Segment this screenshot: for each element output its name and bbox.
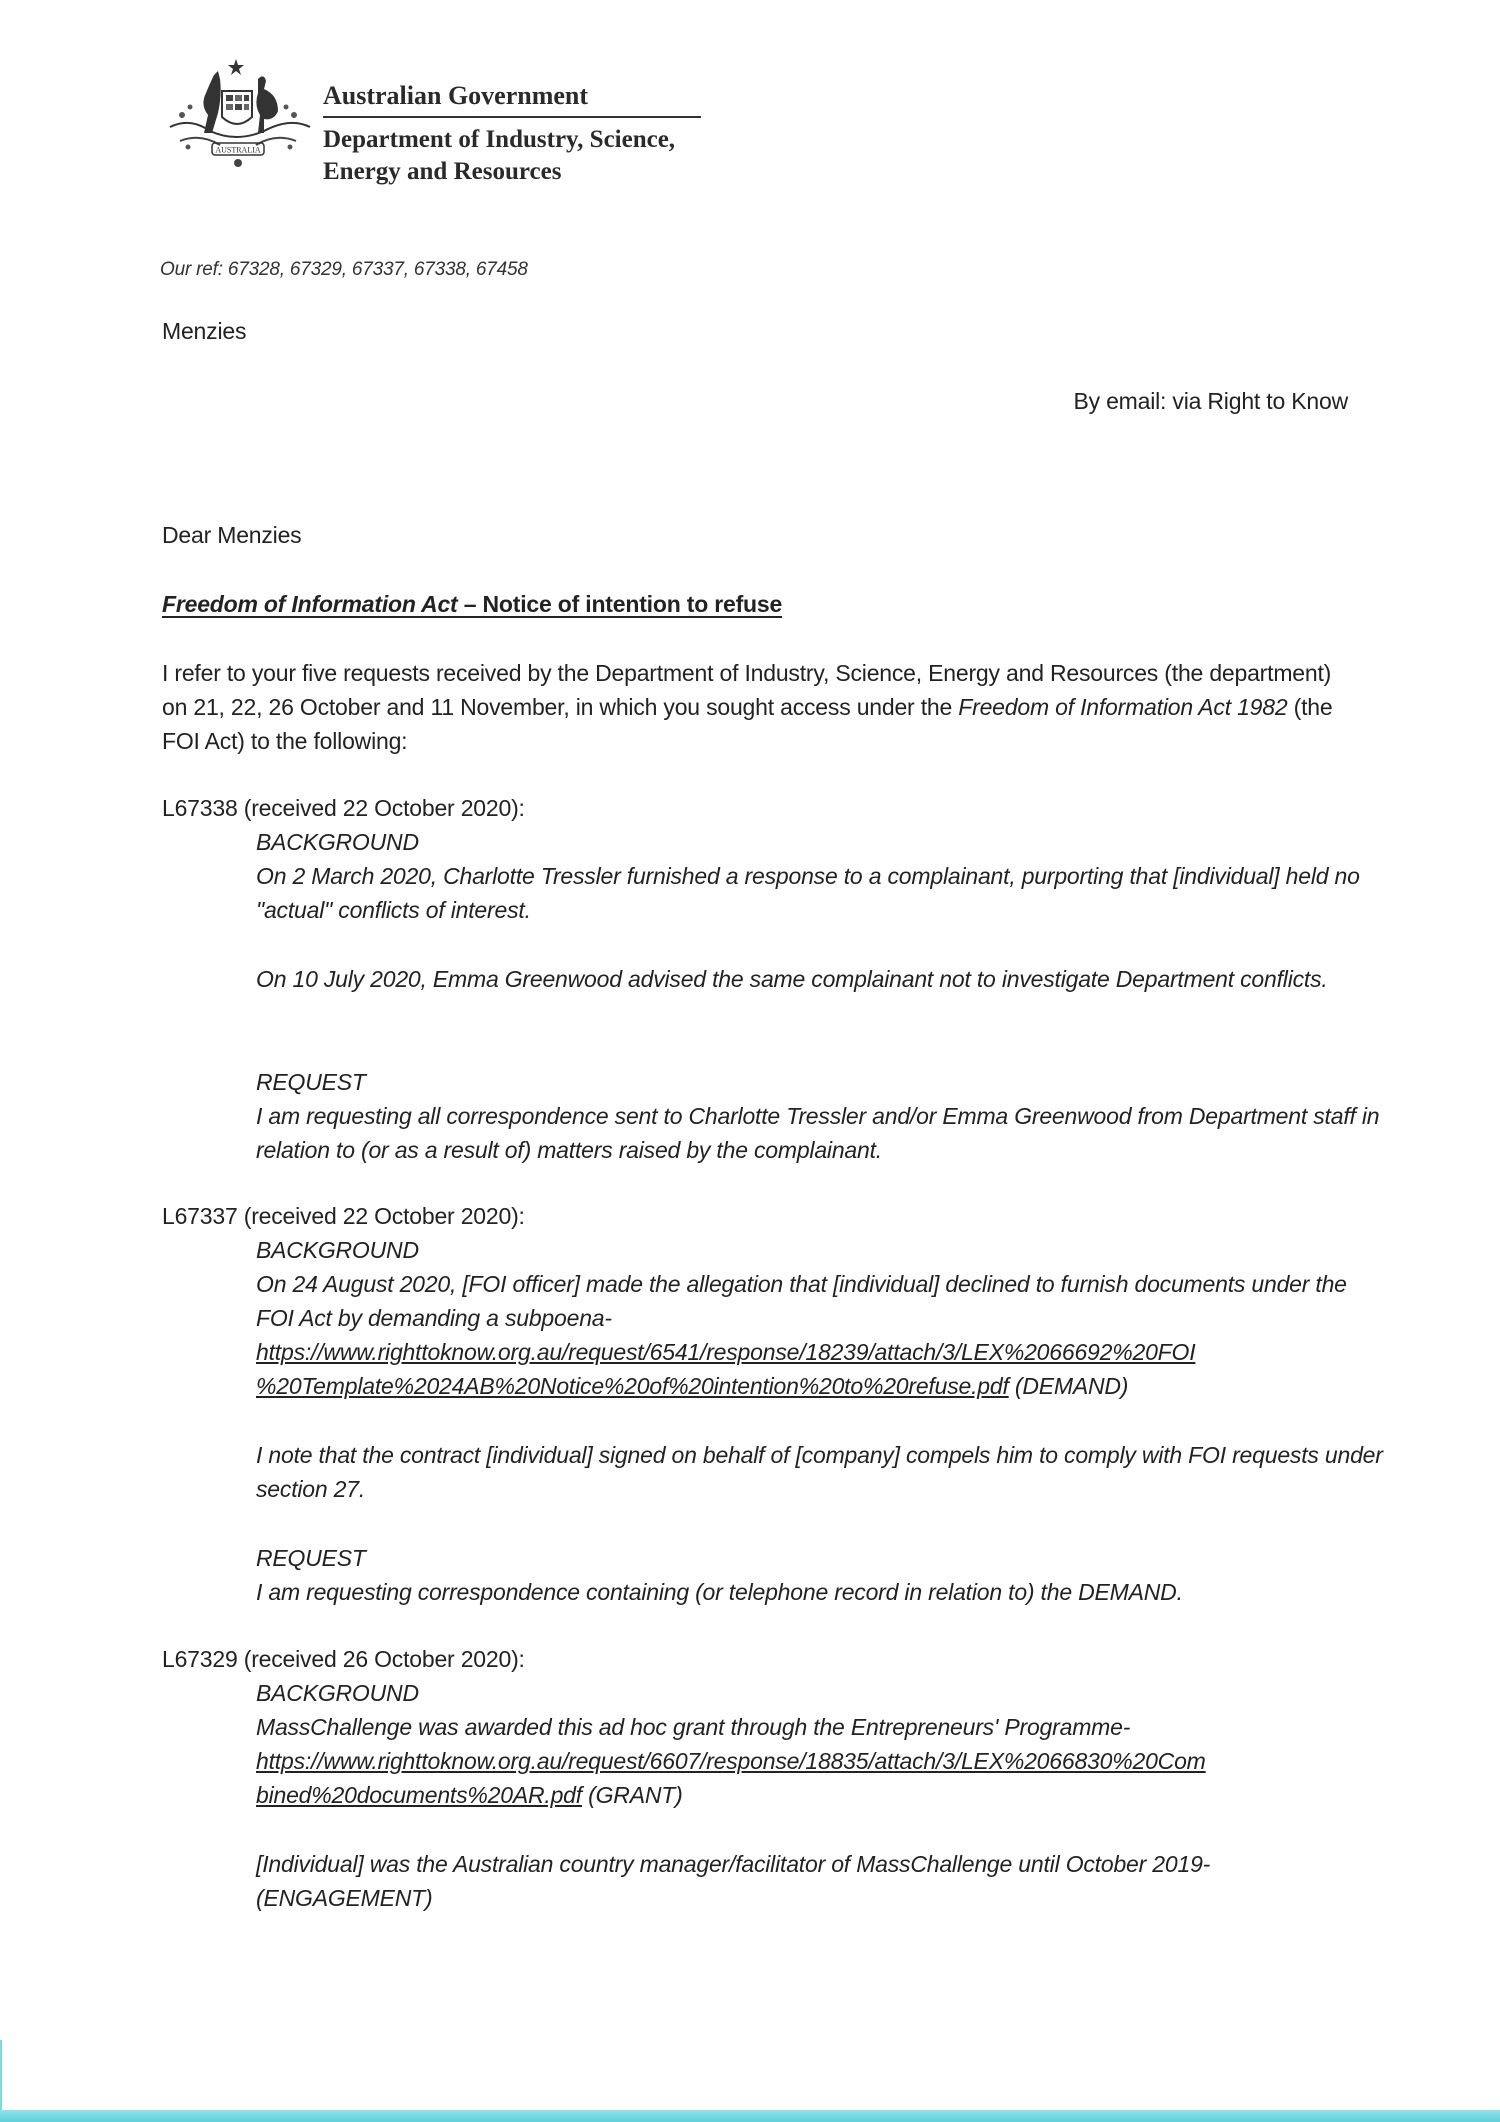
grant-link-line-1[interactable]: https://www.righttoknow.org.au/request/6… [256,1748,1206,1774]
request-heading-l67337: L67337 (received 22 October 2020): [162,1199,525,1233]
letterhead-text: Australian Government Department of Indu… [323,80,701,188]
intro-paragraph: I refer to your five requests received b… [162,656,1362,758]
department-name-line-2: Energy and Resources [323,156,701,188]
demand-link-line-1[interactable]: https://www.righttoknow.org.au/request/6… [256,1339,1195,1365]
request-heading-l67329: L67329 (received 26 October 2020): [162,1642,525,1676]
request-l67329-background-p2: [Individual] was the Australian country … [256,1847,1366,1915]
coat-of-arms-icon: AUSTRALIA [160,55,320,175]
scan-footer-bar [0,2110,1500,2122]
request-l67329-background-label: BACKGROUND [256,1676,1386,1710]
request-l67338-background-p2: On 10 July 2020, Emma Greenwood advised … [256,962,1386,996]
delivery-method: By email: via Right to Know [1073,384,1348,418]
demand-link-line-2[interactable]: %20Template%2024AB%20Notice%20of%20inten… [256,1373,1009,1399]
request-l67337-background-label: BACKGROUND [256,1233,1386,1267]
svg-text:AUSTRALIA: AUSTRALIA [215,146,261,155]
recipient-name: Menzies [162,314,246,348]
government-name: Australian Government [323,80,701,118]
request-l67337-request-text: I am requesting correspondence containin… [256,1575,1386,1609]
request-l67329-link-block: https://www.righttoknow.org.au/request/6… [256,1744,1386,1812]
scan-edge-artifact [0,2040,2,2110]
letterhead: AUSTRALIA Australian Government Departme… [160,55,720,195]
request-l67338-request-label: REQUEST [256,1065,1386,1099]
request-l67337-background-p2: I note that the contract [individual] si… [256,1438,1386,1506]
subject-line: Freedom of Information Act – Notice of i… [162,587,782,621]
grant-link-line-2[interactable]: bined%20documents%20AR.pdf [256,1782,582,1808]
subject-act-name: Freedom of Information Act [162,591,458,617]
request-heading-l67338: L67338 (received 22 October 2020): [162,791,525,825]
request-l67337-background-p1: On 24 August 2020, [FOI officer] made th… [256,1267,1386,1335]
request-l67337-request-label: REQUEST [256,1541,1386,1575]
letter-page: AUSTRALIA Australian Government Departme… [0,0,1500,2122]
request-l67338-background-p1: On 2 March 2020, Charlotte Tressler furn… [256,859,1386,927]
grant-label: (GRANT) [582,1782,683,1808]
subject-rest: – Notice of intention to refuse [458,591,783,617]
request-l67338-request-text: I am requesting all correspondence sent … [256,1099,1386,1167]
salutation: Dear Menzies [162,518,302,552]
request-l67338-background-label: BACKGROUND [256,825,1386,859]
intro-act-name: Freedom of Information Act 1982 [958,694,1287,720]
grant-document-link[interactable]: https://www.righttoknow.org.au/request/6… [256,1748,1206,1808]
request-l67337-link-block: https://www.righttoknow.org.au/request/6… [256,1335,1386,1403]
department-name-line-1: Department of Industry, Science, [323,124,701,156]
demand-label: (DEMAND) [1009,1373,1129,1399]
request-l67329-background-p1: MassChallenge was awarded this ad hoc gr… [256,1710,1386,1744]
our-reference: Our ref: 67328, 67329, 67337, 67338, 674… [160,253,528,287]
